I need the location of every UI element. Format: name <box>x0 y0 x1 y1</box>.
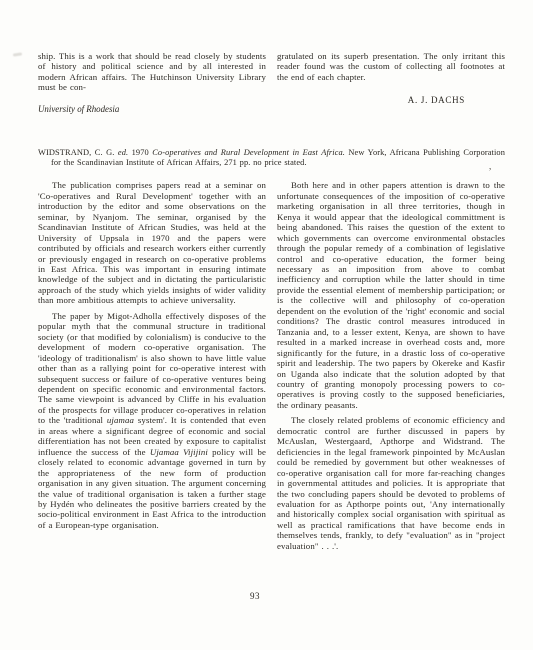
book-citation: WIDSTRAND, C. G. ed. 1970 Co-operatives … <box>38 148 505 168</box>
text-run: The closely related problems of economic… <box>277 415 505 550</box>
body-paragraph: The publication comprises papers read at… <box>38 180 266 305</box>
reviewer-affiliation: University of Rhodesia <box>38 104 266 114</box>
italic-text-run: Co-operatives and Rural Development in E… <box>152 148 345 157</box>
text-run: The paper by Migot-Adholla effectively d… <box>38 311 266 426</box>
prev-review-right-column: gratulated on its superb presentation. T… <box>277 51 505 114</box>
italic-text-run: ujamaa <box>107 415 134 425</box>
review-right-column: Both here and in other papers attention … <box>277 180 505 551</box>
text-run: The publication comprises papers read at… <box>38 180 266 305</box>
body-paragraph: Both here and in other papers attention … <box>277 180 505 410</box>
italic-text-run: Ujamaa Vijijini <box>150 447 208 457</box>
page-number: 93 <box>240 591 270 601</box>
prev-review-left-column: ship. This is a work that should be read… <box>38 51 266 114</box>
review-body: The publication comprises papers read at… <box>38 180 505 551</box>
prev-review-right-text: gratulated on its superb presentation. T… <box>277 51 505 82</box>
reviewer-name: A. J. DACHS <box>277 95 465 105</box>
body-paragraph: The paper by Migot-Adholla effectively d… <box>38 311 266 531</box>
journal-page: ship. This is a work that should be read… <box>0 0 533 650</box>
review-left-column: The publication comprises papers read at… <box>38 180 266 551</box>
previous-review-end: ship. This is a work that should be read… <box>38 51 505 114</box>
scan-artifact <box>13 52 22 56</box>
prev-review-left-text: ship. This is a work that should be read… <box>38 51 266 93</box>
italic-text-run: ed. <box>118 148 128 157</box>
text-run: 1970 <box>128 148 152 157</box>
text-run: Both here and in other papers attention … <box>277 180 505 410</box>
text-run: WIDSTRAND, C. G. <box>38 148 118 157</box>
body-paragraph: The closely related problems of economic… <box>277 415 505 551</box>
text-run: policy will be closely related to econom… <box>38 447 266 530</box>
stray-ink-mark: , <box>489 161 491 171</box>
